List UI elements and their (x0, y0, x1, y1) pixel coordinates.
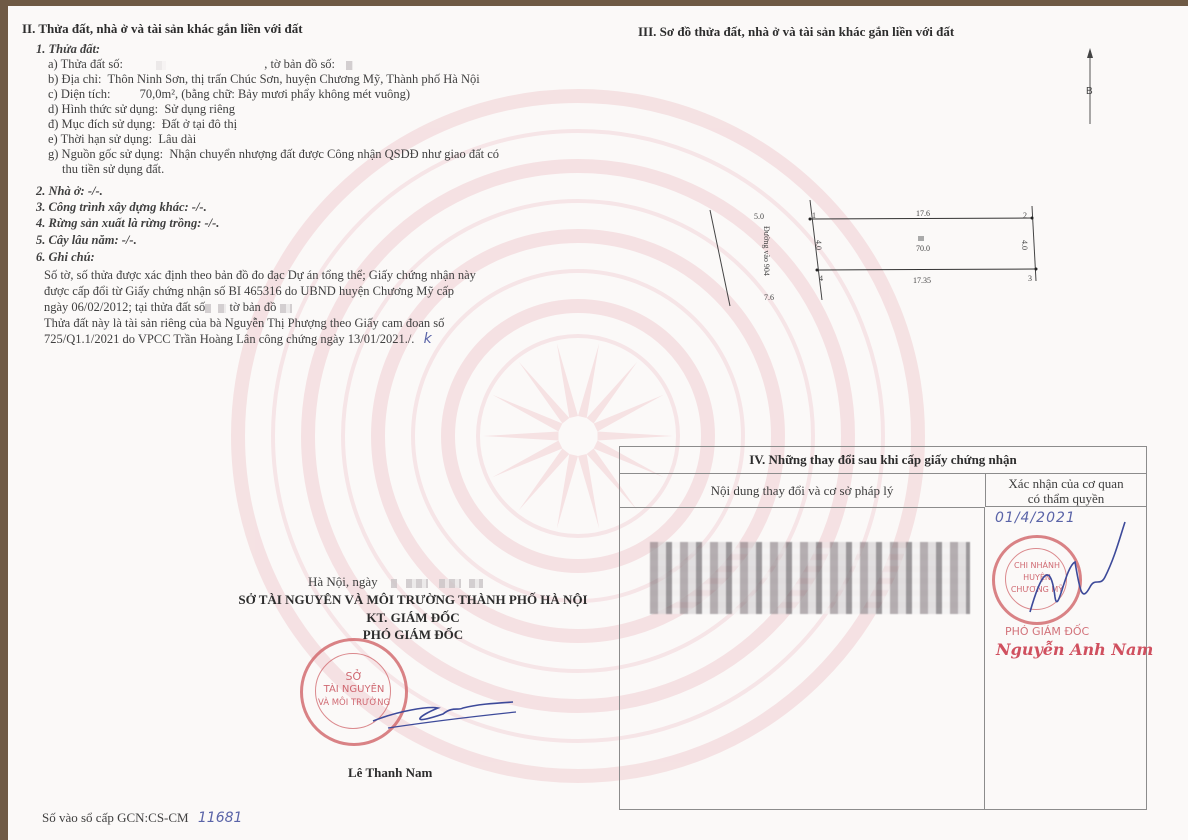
term-value: Lâu dài (158, 132, 196, 146)
origin-value: Nhận chuyển nhượng đất được Công nhận QS… (169, 147, 499, 161)
origin-value-cont: thu tiền sử dụng đất. (62, 162, 164, 177)
parcel-redacted (156, 61, 166, 70)
redacted (406, 579, 428, 588)
place-date: Hà Nội, ngày (308, 574, 483, 589)
section3-title: III. Sơ đồ thửa đất, nhà ở và tài sản kh… (638, 24, 954, 40)
signer-name-left: Lê Thanh Nam (348, 765, 432, 781)
vertex-4: 4 (819, 274, 823, 283)
north-arrow-icon: B (1078, 46, 1108, 126)
redacted (439, 579, 461, 588)
parcel-area: 70.0 (916, 244, 930, 253)
other-construction-line: 3. Công trình xây dựng khác: -/-. (36, 200, 207, 215)
redacted-change-content (650, 542, 970, 614)
edge-3-4: 17.35 (913, 276, 931, 285)
house-line: 2. Nhà ở: -/-. (36, 184, 103, 199)
address-row: b) Địa chỉ: Thôn Ninh Sơn, thị trấn Chúc… (48, 72, 480, 87)
role-line-1: KT. GIÁM ĐỐC (213, 610, 613, 626)
land-heading: 1. Thửa đất: (36, 42, 100, 57)
redacted (205, 304, 211, 313)
redacted (280, 304, 292, 313)
origin-row: g) Nguồn gốc sử dụng: Nhận chuyển nhượng… (48, 147, 499, 162)
north-label: B (1086, 86, 1093, 97)
section4-title: IV. Những thay đổi sau khi cấp giấy chứn… (620, 447, 1146, 474)
term-label: e) Thời hạn sử dụng: (48, 132, 152, 146)
notes-line-1: Số tờ, số thửa được xác định theo bản đồ… (44, 268, 476, 283)
parcel-row: a) Thửa đất số: , tờ bản đồ số: (48, 57, 353, 72)
role-line-2: PHÓ GIÁM ĐỐC (213, 627, 613, 643)
address-label: b) Địa chỉ: (48, 72, 101, 86)
notes-line-3-prefix: ngày 06/02/2012; tại thửa đất số (44, 300, 205, 314)
edge-1-2: 17.6 (916, 209, 930, 218)
purpose-value: Đất ở tại đô thị (162, 117, 237, 131)
col-header-confirm-line2: có thẩm quyền (986, 491, 1146, 506)
parcel-label: a) Thửa đất số: (48, 57, 123, 71)
col-header-content: Nội dung thay đổi và cơ sở pháp lý (620, 474, 984, 508)
notes-line-4: Thửa đất này là tài sản riêng của bà Ngu… (44, 316, 444, 331)
area-value: 70,0m², (bằng chữ: Bảy mươi phẩy không m… (140, 87, 410, 101)
registry-label: Số vào sổ cấp GCN:CS-CM (42, 810, 189, 825)
column-divider (984, 507, 985, 809)
changes-table: IV. Những thay đổi sau khi cấp giấy chứn… (619, 446, 1147, 810)
use-form-label: d) Hình thức sử dụng: (48, 102, 158, 116)
signature-left (368, 686, 518, 736)
road-top-width: 5.0 (754, 212, 764, 221)
production-forest-line: 4. Rừng sản xuất là rừng trồng: -/-. (36, 216, 219, 231)
road-bottom-width: 7.6 (764, 293, 774, 302)
redacted (469, 579, 483, 588)
col-header-confirm: Xác nhận của cơ quan có thẩm quyền (985, 474, 1146, 507)
road-label: Đường vào 904 (762, 226, 771, 276)
notes-line-5-text: 725/Q1.1/2021 do VPCC Trần Hoàng Lân côn… (44, 332, 414, 346)
notes-heading: 6. Ghi chú: (36, 250, 95, 265)
redacted (391, 579, 397, 588)
use-form-row: d) Hình thức sử dụng: Sử dụng riêng (48, 102, 235, 117)
purpose-row: đ) Mục đích sử dụng: Đất ở tại đô thị (48, 117, 237, 132)
stamp-line-1: SỞ (303, 671, 405, 683)
vertex-2: 2 (1023, 211, 1027, 220)
signature-right (1020, 517, 1130, 627)
vertex-1: 1 (812, 211, 816, 220)
term-row: e) Thời hạn sử dụng: Lâu dài (48, 132, 196, 147)
agency-name: SỞ TÀI NGUYÊN VÀ MÔI TRƯỜNG THÀNH PHỐ HÀ… (213, 592, 613, 608)
area-row: c) Diện tích: 70,0m², (bằng chữ: Bảy mươ… (48, 87, 410, 102)
address-value: Thôn Ninh Sơn, thị trấn Chúc Sơn, huyện … (108, 72, 480, 86)
area-label: c) Diện tích: (48, 87, 110, 101)
confirm-signer: Nguyễn Anh Nam (996, 640, 1153, 659)
confirm-role: PHÓ GIÁM ĐỐC (1005, 625, 1089, 638)
notes-line-2: được cấp đổi từ Giấy chứng nhận số BI 46… (44, 284, 454, 299)
section2-title: II. Thửa đất, nhà ở và tài sản khác gắn … (22, 21, 303, 37)
use-form-value: Sử dụng riêng (164, 102, 235, 116)
initial-mark: k (424, 331, 432, 347)
registry-line: Số vào sổ cấp GCN:CS-CM 11681 (42, 810, 242, 826)
origin-label: g) Nguồn gốc sử dụng: (48, 147, 163, 161)
purpose-label: đ) Mục đích sử dụng: (48, 117, 155, 131)
map-sheet-redacted (346, 61, 353, 70)
place-date-label: Hà Nội, ngày (308, 574, 378, 589)
perennial-trees-line: 5. Cây lâu năm: -/-. (36, 233, 137, 248)
notes-line-3: ngày 06/02/2012; tại thửa đất số tờ bản … (44, 300, 292, 315)
registry-number: 11681 (198, 810, 243, 826)
certificate-page: II. Thửa đất, nhà ở và tài sản khác gắn … (8, 6, 1188, 840)
vertex-3: 3 (1028, 274, 1032, 283)
redacted (218, 304, 226, 313)
edge-4-1: 4.0 (814, 240, 823, 250)
col-header-confirm-line1: Xác nhận của cơ quan (986, 476, 1146, 491)
map-sheet-label: , tờ bản đồ số: (264, 57, 335, 71)
edge-2-3: 4.0 (1020, 240, 1029, 250)
notes-line-3-mid: tờ bản đồ (230, 300, 277, 314)
parcel-diagram: 1 2 3 4 17.6 17.35 70.0 5.0 7.6 4.0 4.0 … (698, 196, 1058, 316)
notes-line-5: 725/Q1.1/2021 do VPCC Trần Hoàng Lân côn… (44, 332, 432, 347)
